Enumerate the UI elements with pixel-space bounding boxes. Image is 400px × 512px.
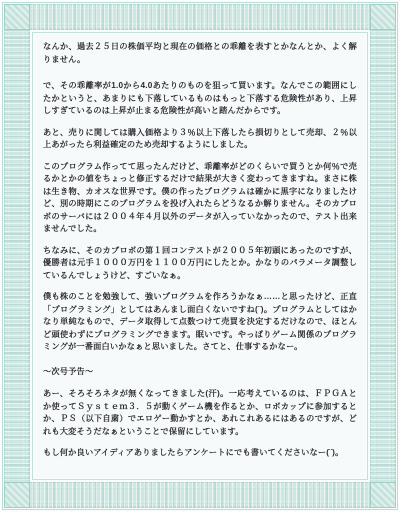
next-issue-header: 〜次号予告〜: [43, 366, 357, 379]
decorative-border-top: [4, 4, 396, 30]
paragraph-programming-opinion: 僕も株のことを勉強して、強いプログラムを作ろうかなぁ……と思ったけど、正直「プロ…: [43, 291, 357, 354]
paragraph-request: もし何か良いアイディアありましたらアンケートにでも書いてくださいなー(¨)。: [43, 447, 357, 460]
paragraph-next-ideas: あー、そろそろネタが無くなってきました(汗)。一応考えているのは、ＦＰＧＡとか使…: [43, 388, 357, 438]
decorative-border-left: [4, 4, 30, 508]
border-corner-top-left: [4, 4, 30, 30]
border-corner-bottom-right: [370, 482, 396, 508]
decorative-border-right: [370, 4, 396, 508]
paragraph-contest: ちなみに、そのカブロボの第１回コンテストが２００５年初頭にあったのですが、優勝者…: [43, 245, 357, 283]
letter-body: なんか、過去２５日の株価平均と現在の価格との乖離を表すとかなんとか、よく解りませ…: [34, 34, 366, 478]
paragraph-sell-rule: あと、売りに関しては購入価格より３％以上下落したら損切りとして売却、２％以上あが…: [43, 127, 357, 152]
decorative-border-bottom: [4, 482, 396, 508]
paragraph-program-thoughts: このプログラム作ってて思ったんだけど、乖離率がどのくらいで買うとか何％で売るかと…: [43, 161, 357, 236]
paragraph-buy-rule: で、その乖離率が1.0から4.0あたりのものを狙って買います。なんでこの範囲にし…: [43, 80, 357, 118]
border-corner-top-right: [370, 4, 396, 30]
border-corner-bottom-left: [4, 482, 30, 508]
paragraph-intro: なんか、過去２５日の株価平均と現在の価格との乖離を表すとかなんとか、よく解りませ…: [43, 41, 357, 66]
scanned-letter-page: なんか、過去２５日の株価平均と現在の価格との乖離を表すとかなんとか、よく解りませ…: [0, 0, 400, 512]
